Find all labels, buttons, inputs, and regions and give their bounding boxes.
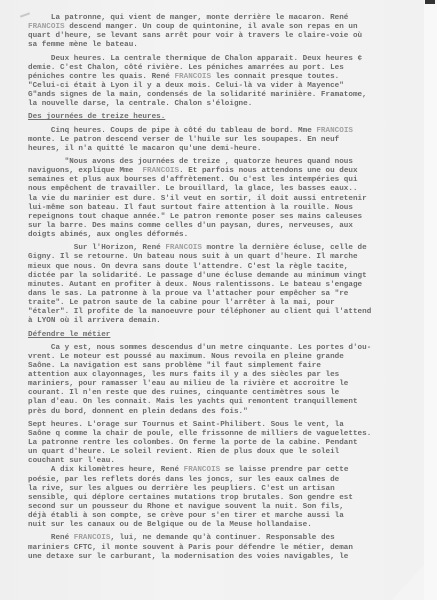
text-line: Saône. La navigation est sans problème "… (28, 362, 423, 371)
text-line: FRANCOIS descend manger. Un coup de quin… (28, 23, 423, 32)
name-text: FRANCOIS (165, 244, 202, 252)
text-line: sa femme mène le bateau. (28, 41, 423, 50)
text-line: La patronne, qui vient de manger, monte … (28, 14, 423, 23)
text-line: couchant sur l'eau. (28, 457, 423, 466)
text-line: "Nous avons des journées de treize , qua… (28, 158, 423, 167)
text-line: G"ands signes de la main, condensés de l… (28, 91, 423, 100)
text-line: repeignons tout chaque année." Le patron… (28, 213, 423, 222)
text-line: "Celui-ci était à Lyon il y a deux mois.… (28, 82, 423, 91)
name-text: FRANCOIS (184, 466, 221, 474)
text-line: semaines et plus aux bourses d'affrèteme… (28, 176, 423, 185)
text-line: traite". Le patron saute de la cabine po… (28, 299, 423, 308)
text-line: plan d'eau. On les connait. Mais les yac… (28, 398, 423, 407)
text-line: "étaler". Il profite de la manoeuvre pou… (28, 308, 423, 317)
text-line: une detaxe sur le carburant, la modernis… (28, 553, 423, 562)
text-line: heures, il n'a quitté le macaron qu'une … (28, 145, 423, 154)
text-line: sensible, qui déplore certaines mutation… (28, 494, 423, 503)
text-line: A dix kilomètres heure, René FRANCOIS se… (28, 466, 423, 475)
text-line: mieux que nous. On devra sans doute l'at… (28, 263, 423, 272)
text-line: Sept heures. L'orage sur Tournus et Sain… (28, 421, 423, 430)
name-text: FRANCOIS (28, 23, 65, 31)
text-line: Ca y est, nous sommes descendus d'un met… (28, 344, 423, 353)
page-edge (424, 0, 437, 600)
text-line: Sur l'Horizon, René FRANCOIS montre la d… (28, 244, 423, 253)
name-text: FRANCOIS (174, 73, 211, 81)
text-line: naviguons, explique Mme FRANCOIS. Et par… (28, 167, 423, 176)
text-line: Deux heures. La centrale thermique de Ch… (28, 55, 423, 64)
text-line: doigts abimés, aux ongles déformés. (28, 231, 423, 240)
text-line: lui-même son bateau. Il faut surtout fai… (28, 204, 423, 213)
text-line: mariniers, pour ramasser l'eau au milieu… (28, 380, 423, 389)
text-line: sur la barre. Des mains comme celles d'u… (28, 222, 423, 231)
text-line: mariniers CFTC, il monte souvent à Paris… (28, 544, 423, 553)
text-line: dictée par la solidarité. Le passage d'u… (28, 272, 423, 281)
text-line: courant. Il n'en reste que des ruines, c… (28, 389, 423, 398)
section-heading: Défendre le métier (28, 331, 423, 340)
text-line: la nouvelle darse, la centrale. Chalon s… (28, 100, 423, 109)
text-line: monte. Le patron descend verser de l'hui… (28, 136, 423, 145)
text-line: Cinq heures. Coups de pipe à côté du tab… (28, 127, 423, 136)
text-line: près du bord, donnent en plein dedans de… (28, 408, 423, 417)
section-heading: Des journées de treize heures. (28, 113, 423, 122)
text-line: poésie, par les reflets dorés dans les j… (28, 476, 423, 485)
text-line: René FRANCOIS, lui, ne demande qu'à cont… (28, 534, 423, 543)
text-line: vrent. Le moteur est poussé au maximum. … (28, 353, 423, 362)
text-line: nous empêchent de travailler. Le brouill… (28, 185, 423, 194)
text-line: péniches contre les quais. René FRANCOIS… (28, 73, 423, 82)
text-line: à LYON où il arrivera demain. (28, 317, 423, 326)
text-line: second sur un pousseur du Rhone et navig… (28, 503, 423, 512)
text-line: la rive, sur les algues ou derrière les … (28, 485, 423, 494)
text-line: La patronne rentre les colombes. On ferm… (28, 439, 423, 448)
name-text: FRANCOIS (316, 127, 353, 135)
name-text: FRANCOIS (142, 167, 179, 175)
text-line: un quart d'heure. Le soleil revient. Rie… (28, 448, 423, 457)
typewritten-text: La patronne, qui vient de manger, monte … (28, 14, 423, 562)
text-line: la vie du marinier est dure. S'il veut e… (28, 195, 423, 204)
text-line: demie. C'est Chalon, côté rivière. Les p… (28, 64, 423, 73)
text-line: Gigny. Il se retourne. Un bateau nous su… (28, 253, 423, 262)
text-line: Saône q comme la chair de poule, elle fr… (28, 430, 423, 439)
scan-artifact (425, 0, 435, 4)
text-line: attention aux clayonnages, les murs fait… (28, 371, 423, 380)
text-line: dans le sas. La patronne à la proue va l… (28, 290, 423, 299)
text-line: nuit sur les canaux ou de Belgique ou de… (28, 521, 423, 530)
text-line: quart d'heure, se levant sans arrêt pour… (28, 32, 423, 41)
name-text: FRANCOIS (74, 534, 111, 542)
text-line: déjà établi à son compte, se crève pour … (28, 512, 423, 521)
text-line: minutes. Autant en profiter à deux. Nous… (28, 281, 423, 290)
